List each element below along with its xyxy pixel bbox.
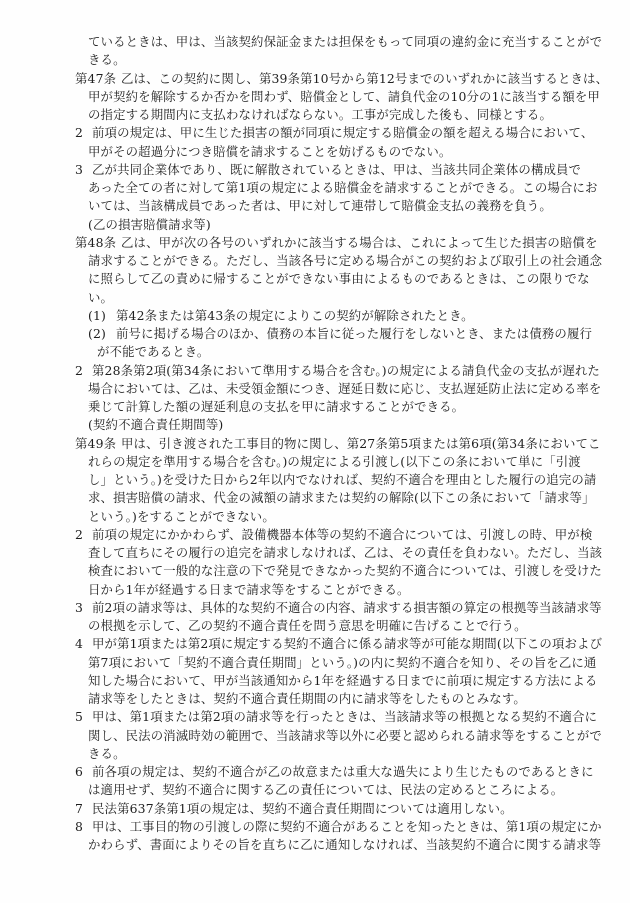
article-number: 第49条 (75, 435, 121, 453)
article-text: 乙は、この契約に関し、第39条第10号から第12号までのいずれかに該当するときは… (121, 71, 608, 86)
numbered-paragraph-line: 4甲が第1項または第2項に規定する契約不適合に係る請求等が可能な期間(以下この項… (75, 635, 570, 653)
paragraph-line: い。 (75, 289, 570, 307)
paragraph-line: 乗じて計算した額の遅延利息の支払を甲に請求することができる。 (75, 398, 570, 416)
paragraph-line: 関し、民法の消滅時効の範囲で、当該請求等以外に必要と認められる請求等をすることが… (75, 727, 570, 745)
list-item: (2)前号に掲げる場合のほか、債務の本旨に従った履行をしないとき、または債務の履… (75, 325, 570, 343)
document-page: ているときは、甲は、当該契約保証金または担保をもって同項の違約金に充当することが… (0, 0, 630, 903)
article-heading: (契約不適合責任期間等) (75, 416, 570, 434)
paragraph-line: 検査において一般的な注意の下で発見できなかった契約不適合については、引渡しを受け… (75, 562, 570, 580)
article-number: 第47条 (75, 70, 121, 88)
paragraph-line: きる。 (75, 745, 570, 763)
article-line: 第47条乙は、この契約に関し、第39条第10号から第12号までのいずれかに該当す… (75, 70, 570, 88)
list-item-number: (2) (88, 325, 116, 343)
paragraph-text: 甲は、工事目的物の引渡しの際に契約不適合があることを知ったときは、第1項の規定に… (92, 819, 602, 834)
paragraph-number: 5 (75, 708, 92, 726)
paragraph-number: 7 (75, 800, 92, 818)
paragraph-text: 甲は、第1項または第2項の請求等を行ったときは、当該請求等の根拠となる契約不適合… (92, 709, 597, 724)
paragraph-number: 6 (75, 763, 92, 781)
list-item: (1)第42条または第43条の規定によりこの契約が解除されたとき。 (75, 307, 570, 325)
list-item-text: 第42条または第43条の規定によりこの契約が解除されたとき。 (116, 308, 474, 323)
paragraph-text: 前項の規定は、甲に生じた損害の額が同項に規定する賠償金の額を超える場合において、 (92, 125, 593, 140)
article-number: 第48条 (75, 234, 121, 252)
paragraph-text: 前2項の請求等は、具体的な契約不適合の内容、請求する損害額の算定の根拠等当該請求… (92, 600, 602, 615)
paragraph-text: 第28条第2項(第34条において準用する場合を含む。)の規定による請負代金の支払… (92, 363, 600, 378)
paragraph-line: あった全ての者に対して第1項の規定による賠償金を請求することができる。この場合に… (75, 179, 570, 197)
numbered-paragraph-line: 8甲は、工事目的物の引渡しの際に契約不適合があることを知ったときは、第1項の規定… (75, 818, 570, 836)
paragraph-line: 甲がその超過分につき賠償を請求することを妨げるものでない。 (75, 143, 570, 161)
paragraph-number: 3 (75, 599, 92, 617)
numbered-paragraph-line: 2前項の規定にかかわらず、設備機器本体等の契約不適合については、引渡しの時、甲が… (75, 526, 570, 544)
paragraph-line: ているときは、甲は、当該契約保証金または担保をもって同項の違約金に充当することが… (75, 33, 570, 51)
numbered-paragraph-line: 2前項の規定は、甲に生じた損害の額が同項に規定する賠償金の額を超える場合において… (75, 124, 570, 142)
article-heading: (乙の損害賠償請求等) (75, 216, 570, 234)
paragraph-text: 前項の規定にかかわらず、設備機器本体等の契約不適合については、引渡しの時、甲が検 (92, 527, 592, 542)
paragraph-line: は適用せず、契約不適合に関する乙の責任については、民法の定めるところによる。 (75, 781, 570, 799)
paragraph-line: 第7項において「契約不適合責任期間」という。)の内に契約不適合を知り、その旨を乙… (75, 654, 570, 672)
paragraph-line: し」という。)を受けた日から2年以内でなければ、契約不適合を理由とした履行の追完… (75, 471, 570, 489)
paragraph-line: 請求することができる。ただし、当該各号に定める場合がこの契約および取引上の社会通… (75, 252, 570, 270)
paragraph-number: 4 (75, 635, 92, 653)
numbered-paragraph-line: 7民法第637条第1項の規定は、契約不適合責任期間については適用しない。 (75, 800, 570, 818)
paragraph-line: に照らして乙の責めに帰することができない事由によるものであるときは、この限りでな (75, 270, 570, 288)
numbered-paragraph-line: 2第28条第2項(第34条において準用する場合を含む。)の規定による請負代金の支… (75, 362, 570, 380)
paragraph-line: という。)をすることができない。 (75, 508, 570, 526)
paragraph-line: の根拠を示して、乙の契約不適合責任を問う意思を明確に告げることで行う。 (75, 617, 570, 635)
paragraph-number: 8 (75, 818, 92, 836)
paragraph-line: れらの規定を準用する場合を含む。)の規定による引渡し(以下この条において単に「引… (75, 453, 570, 471)
article-line: 第49条甲は、引き渡された工事目的物に関し、第27条第5項または第6項(第34条… (75, 435, 570, 453)
paragraph-line: きる。 (75, 51, 570, 69)
paragraph-line: 査して直ちにその履行の追完を請求しなければ、乙は、その責任を負わない。ただし、当… (75, 544, 570, 562)
article-text: 甲は、引き渡された工事目的物に関し、第27条第5項または第6項(第34条において… (121, 436, 601, 451)
paragraph-number: 2 (75, 362, 92, 380)
paragraph-text: 前各項の規定は、契約不適合が乙の故意または重大な過失により生じたものであるときに (92, 764, 594, 779)
list-item-number: (1) (88, 307, 116, 325)
article-text: 乙は、甲が次の各号のいずれかに該当する場合は、これによって生じた損害の賠償を (121, 235, 598, 250)
paragraph-line: 求、損害賠償の請求、代金の減額の請求または契約の解除(以下この条において「請求等… (75, 489, 570, 507)
paragraph-number: 3 (75, 161, 92, 179)
numbered-paragraph-line: 3乙が共同企業体であり、既に解散されているときは、甲は、当該共同企業体の構成員で (75, 161, 570, 179)
numbered-paragraph-line: 6前各項の規定は、契約不適合が乙の故意または重大な過失により生じたものであるとき… (75, 763, 570, 781)
paragraph-text: 甲が第1項または第2項に規定する契約不適合に係る請求等が可能な期間(以下この項お… (92, 636, 602, 651)
numbered-paragraph-line: 3前2項の請求等は、具体的な契約不適合の内容、請求する損害額の算定の根拠等当該請… (75, 599, 570, 617)
document-body: ているときは、甲は、当該契約保証金または担保をもって同項の違約金に充当することが… (75, 33, 570, 854)
paragraph-text: 乙が共同企業体であり、既に解散されているときは、甲は、当該共同企業体の構成員で (92, 162, 581, 177)
article-line: 第48条乙は、甲が次の各号のいずれかに該当する場合は、これによって生じた損害の賠… (75, 234, 570, 252)
paragraph-text: 民法第637条第1項の規定は、契約不適合責任期間については適用しない。 (92, 801, 513, 816)
numbered-paragraph-line: 5甲は、第1項または第2項の請求等を行ったときは、当該請求等の根拠となる契約不適… (75, 708, 570, 726)
list-item-continuation: が不能であるとき。 (75, 343, 570, 361)
paragraph-line: 知した場合において、甲が当該通知から1年を経過する日までに前項に規定する方法によ… (75, 672, 570, 690)
paragraph-line: 請求等をしたときは、契約不適合責任期間の内に請求等をしたものとみなす。 (75, 690, 570, 708)
paragraph-line: の指定する期間内に支払わなければならない。工事が完成した後も、同様とする。 (75, 106, 570, 124)
paragraph-number: 2 (75, 526, 92, 544)
paragraph-line: かわらず、書面によりその旨を直ちに乙に通知しなければ、当該契約不適合に関する請求… (75, 836, 570, 854)
paragraph-line: 日から1年が経過する日まで請求等をすることができる。 (75, 581, 570, 599)
paragraph-line: 場合においては、乙は、未受領金額につき、遅延日数に応じ、支払遅延防止法に定める率… (75, 380, 570, 398)
list-item-text: 前号に掲げる場合のほか、債務の本旨に従った履行をしないとき、または債務の履行 (116, 326, 592, 341)
paragraph-number: 2 (75, 124, 92, 142)
paragraph-line: いては、当該構成員であった者は、甲に対して連帯して賠償金支払の義務を負う。 (75, 197, 570, 215)
paragraph-line: 甲が契約を解除するか否かを問わず、賠償金として、請負代金の10分の1に該当する額… (75, 88, 570, 106)
